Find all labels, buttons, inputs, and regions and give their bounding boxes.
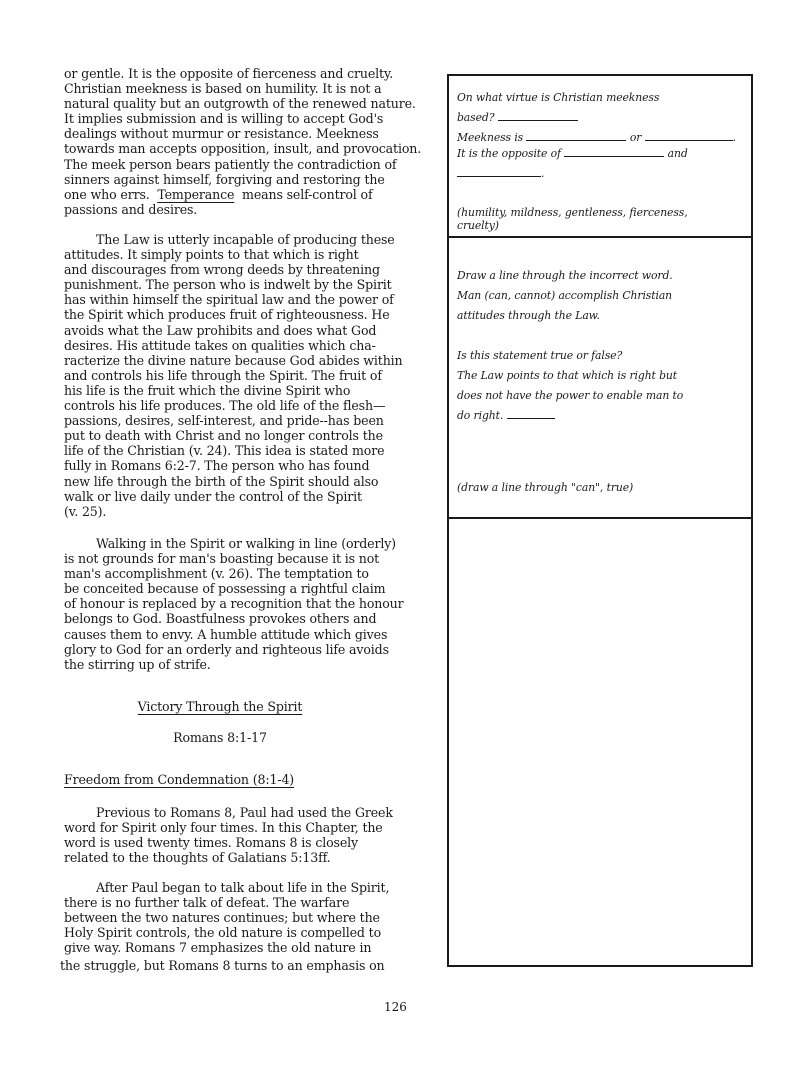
text-line: natural quality but an outgrowth of the … [64,96,446,111]
text-line: be conceited because of possessing a rig… [64,581,446,596]
text-line: one who errs. Temperance means self-cont… [64,187,446,202]
text-line: punishment. The person who is indwelt by… [64,277,446,292]
text-line: The meek person bears patiently the cont… [64,157,446,172]
text-line: the stirring up of strife. [64,657,446,672]
text-line: desires. His attitude takes on qualities… [64,338,446,353]
question-fragment: or [630,131,641,144]
spacer [457,326,745,346]
tf-question-line: Is this statement true or false? [457,346,745,366]
question-text: On what virtue is Christian meekness bas… [457,88,745,184]
text-line: Holy Spirit controls, the old nature is … [64,925,446,940]
text-line: give way. Romans 7 emphasizes the old na… [64,940,446,955]
text-line: causes them to envy. A humble attitude w… [64,627,446,642]
paragraph-walking: Walking in the Spirit or walking in line… [64,536,446,672]
document-page: or gentle. It is the opposite of fiercen… [0,0,799,1081]
question-fragment: and [668,147,688,160]
tf-statement-line: do right. [457,406,745,426]
text-line: the Spirit which produces fruit of right… [64,307,446,322]
text-line: racterize the divine nature because God … [64,353,446,368]
answer-blank[interactable] [526,130,626,141]
answer-line: cruelty) [457,219,745,232]
tf-fragment: do right. [457,409,503,422]
paragraph-meekness: or gentle. It is the opposite of fiercen… [64,66,446,217]
text-line: word is used twenty times. Romans 8 is c… [64,835,446,850]
text-line: walk or live daily under the control of … [64,489,446,504]
text-line: related to the thoughts of Galatians 5:1… [64,850,446,865]
answer-blank[interactable] [645,130,733,141]
text-line: sinners against himself, forgiving and r… [64,172,446,187]
subsection-heading: Freedom from Condemnation (8:1-4) [64,772,446,787]
text-line: attitudes. It simply points to that whic… [64,247,446,262]
answer-blank[interactable] [507,408,555,419]
text-line: put to death with Christ and no longer c… [64,428,446,443]
statement-line: Man (can, cannot) accomplish Christian [457,286,745,306]
text-line: (v. 25). [64,504,446,519]
text-line: The Law is utterly incapable of producin… [64,232,446,247]
text-line: and controls his life through the Spirit… [64,368,446,383]
text-line: glory to God for an orderly and righteou… [64,642,446,657]
text-line: of honour is replaced by a recognition t… [64,596,446,611]
paragraph-law: The Law is utterly incapable of producin… [64,232,446,519]
text-fragment: one who errs. [64,187,157,202]
question-box-meekness: On what virtue is Christian meekness bas… [449,76,751,238]
text-line: belongs to God. Boastfulness provokes ot… [64,611,446,626]
answer-blank[interactable] [498,110,578,121]
subsection-title: Freedom from Condemnation (8:1-4) [64,772,294,787]
section-heading: Victory Through the Spirit [64,699,376,714]
text-line: Christian meekness is based on humility.… [64,81,446,96]
question-line: . [457,164,745,184]
text-line: After Paul began to talk about life in t… [64,880,446,895]
statement-line: attitudes through the Law. [457,306,745,326]
answer-key: (draw a line through "can", true) [457,478,745,498]
text-line: his life is the fruit which the divine S… [64,383,446,398]
question-text: Draw a line through the incorrect word. … [457,266,745,426]
text-line: is not grounds for man's boasting becaus… [64,551,446,566]
text-line: controls his life produces. The old life… [64,398,446,413]
study-question-panel: On what virtue is Christian meekness bas… [447,74,753,967]
text-line: there is no further talk of defeat. The … [64,895,446,910]
text-line: towards man accepts opposition, insult, … [64,141,446,156]
answer-blank[interactable] [564,146,664,157]
question-line: based? [457,108,745,128]
tf-statement-line: The Law points to that which is right bu… [457,366,745,386]
answer-blank[interactable] [457,166,541,177]
question-fragment: Meekness is [457,131,523,144]
text-line: dealings without murmur or resistance. M… [64,126,446,141]
text-line: the struggle, but Romans 8 turns to an e… [60,958,446,973]
text-line: fully in Romans 6:2-7. The person who ha… [64,458,446,473]
text-line: or gentle. It is the opposite of fiercen… [64,66,446,81]
page-number: 126 [384,1000,407,1014]
text-line: new life through the birth of the Spirit… [64,474,446,489]
section-reference: Romans 8:1-17 [64,730,376,745]
answer-line: (humility, mildness, gentleness, fiercen… [457,206,745,219]
question-fragment: based? [457,111,494,124]
text-line: word for Spirit only four times. In this… [64,820,446,835]
text-line: Previous to Romans 8, Paul had used the … [64,805,446,820]
text-fragment: means self-control of [234,187,372,202]
text-line: and discourages from wrong deeds by thre… [64,262,446,277]
instruction-line: Draw a line through the incorrect word. [457,266,745,286]
answer-key: (humility, mildness, gentleness, fiercen… [457,206,745,232]
term-temperance: Temperance [157,187,234,202]
section-title: Victory Through the Spirit [138,699,303,714]
text-line: between the two natures continues; but w… [64,910,446,925]
empty-note-box [449,519,751,965]
paragraph-life-in-spirit: After Paul began to talk about life in t… [64,880,446,974]
text-line: life of the Christian (v. 24). This idea… [64,443,446,458]
text-line: has within himself the spiritual law and… [64,292,446,307]
question-line: On what virtue is Christian meekness [457,88,745,108]
text-line: It implies submission and is willing to … [64,111,446,126]
text-line: passions and desires. [64,202,446,217]
question-fragment: It is the opposite of [457,147,561,160]
text-line: passions, desires, self-interest, and pr… [64,413,446,428]
question-box-law: Draw a line through the incorrect word. … [449,238,751,519]
tf-statement-line: does not have the power to enable man to [457,386,745,406]
text-line: avoids what the Law prohibits and does w… [64,323,446,338]
text-line: man's accomplishment (v. 26). The tempta… [64,566,446,581]
text-line: Walking in the Spirit or walking in line… [64,536,446,551]
paragraph-romans8-intro: Previous to Romans 8, Paul had used the … [64,805,446,865]
